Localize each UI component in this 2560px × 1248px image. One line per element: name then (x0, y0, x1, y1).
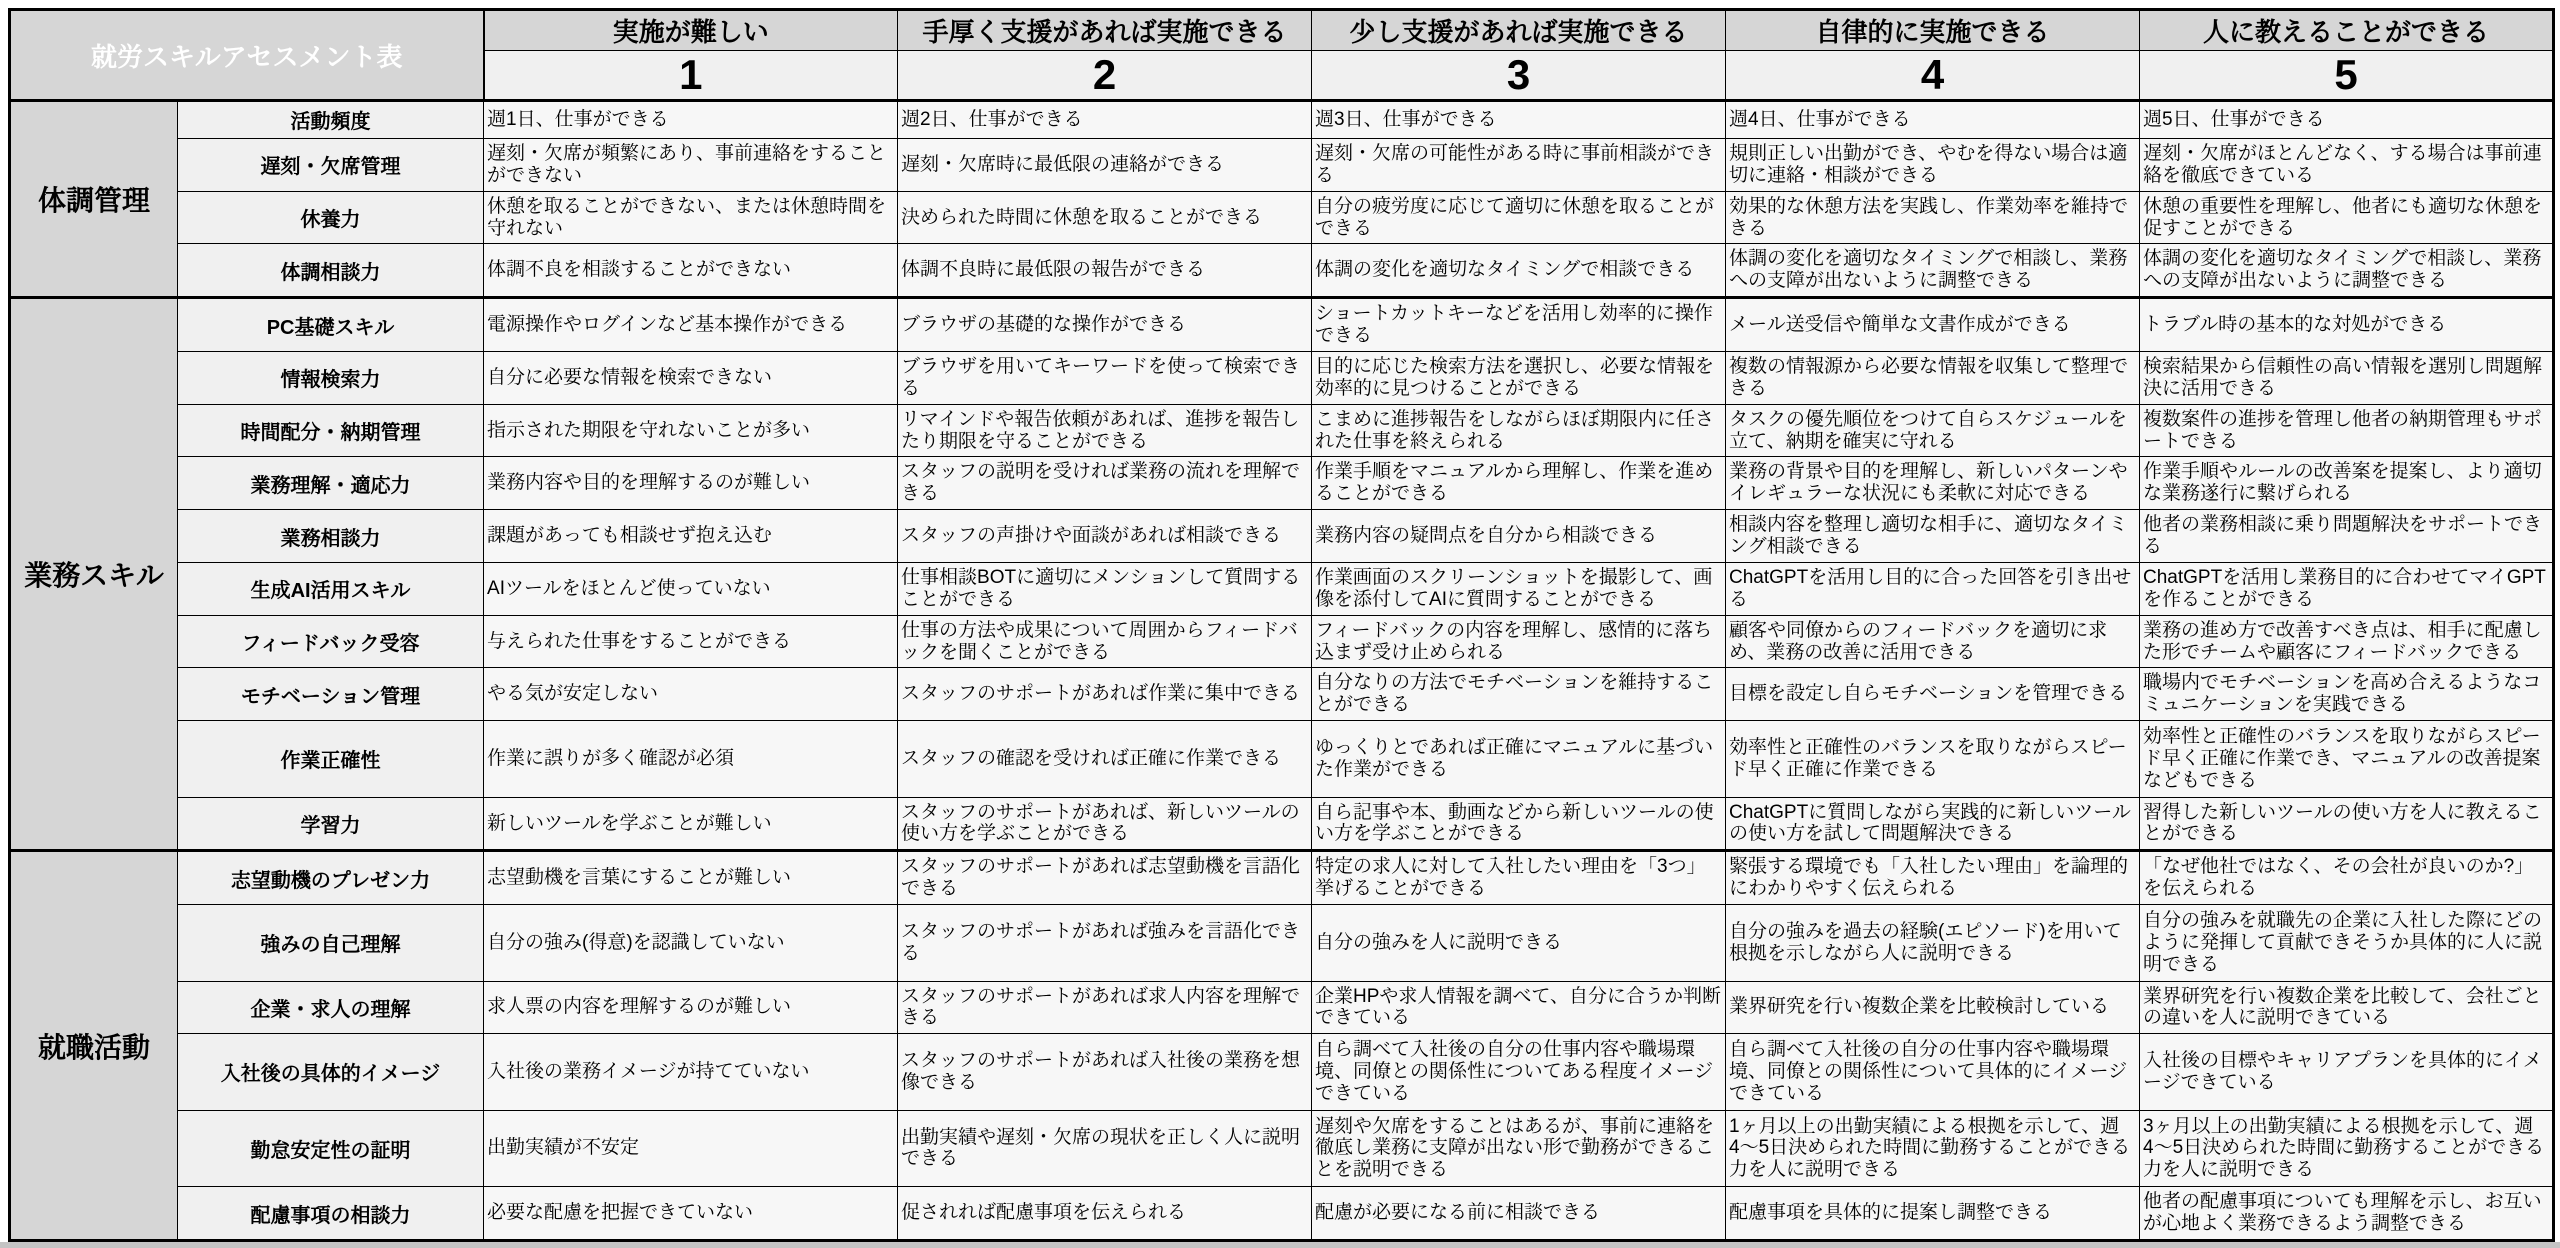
criterion-cell-level-4: 相談内容を整理し適切な相手に、適切なタイミング相談できる (1726, 510, 2140, 563)
criterion-cell-level-2: 仕事の方法や成果について周囲からフィードバックを聞くことができる (898, 615, 1312, 668)
criterion-cell-level-5: 複数案件の進捗を管理し他者の納期管理もサポートできる (2140, 404, 2554, 457)
criterion-cell-level-3: 目的に応じた検索方法を選択し、必要な情報を効率的に見つけることができる (1312, 352, 1726, 405)
criterion-cell-level-1: 与えられた仕事をすることができる (484, 615, 898, 668)
criterion-cell-level-2: 促されれば配慮事項を伝えられる (898, 1187, 1312, 1241)
criterion-cell-level-2: 仕事相談BOTに適切にメンションして質問することができる (898, 562, 1312, 615)
criterion-cell-level-4: 緊張する環境でも「入社したい理由」を論理的にわかりやすく伝えられる (1726, 851, 2140, 905)
criterion-cell-level-3: 週3日、仕事ができる (1312, 101, 1726, 139)
table-row: 学習力新しいツールを学ぶことが難しいスタッフのサポートがあれば、新しいツールの使… (10, 797, 2554, 851)
category-cell: 業務スキル (10, 298, 178, 851)
criterion-cell-level-3: こまめに進捗報告をしながらほぼ期限内に任された仕事を終えられる (1312, 404, 1726, 457)
assessment-table-body: 体調管理活動頻度週1日、仕事ができる週2日、仕事ができる週3日、仕事ができる週4… (10, 101, 2554, 1241)
criterion-cell-level-1: 出勤実績が不安定 (484, 1110, 898, 1186)
skill-name-cell: フィードバック受容 (178, 615, 484, 668)
skill-name-cell: 入社後の具体的イメージ (178, 1034, 484, 1110)
criterion-cell-level-2: ブラウザの基礎的な操作ができる (898, 298, 1312, 352)
criterion-cell-level-1: 作業に誤りが多く確認が必須 (484, 721, 898, 797)
skill-name-cell: 業務相談力 (178, 510, 484, 563)
criterion-cell-level-4: 顧客や同僚からのフィードバックを適切に求め、業務の改善に活用できる (1726, 615, 2140, 668)
criterion-cell-level-1: 志望動機を言葉にすることが難しい (484, 851, 898, 905)
criterion-cell-level-3: 配慮が必要になる前に相談できる (1312, 1187, 1726, 1241)
table-row: 配慮事項の相談力必要な配慮を把握できていない促されれば配慮事項を伝えられる配慮が… (10, 1187, 2554, 1241)
criterion-cell-level-3: 遅刻・欠席の可能性がある時に事前相談ができる (1312, 138, 1726, 191)
table-row: 業務スキルPC基礎スキル電源操作やログインなど基本操作ができるブラウザの基礎的な… (10, 298, 2554, 352)
criterion-cell-level-3: 自分なりの方法でモチベーションを維持することができる (1312, 668, 1726, 721)
criterion-cell-level-2: スタッフのサポートがあれば入社後の業務を想像できる (898, 1034, 1312, 1110)
criterion-cell-level-1: 求人票の内容を理解するのが難しい (484, 981, 898, 1034)
skill-name-cell: 企業・求人の理解 (178, 981, 484, 1034)
level-label-row: 就労スキルアセスメント表 実施が難しい 手厚く支援があれば実施できる 少し支援が… (10, 10, 2554, 51)
skill-name-cell: 情報検索力 (178, 352, 484, 405)
category-cell: 就職活動 (10, 851, 178, 1241)
criterion-cell-level-5: 「なぜ他社ではなく、その会社が良いのか?」を伝えられる (2140, 851, 2554, 905)
criterion-cell-level-3: 企業HPや求人情報を調べて、自分に合うか判断できている (1312, 981, 1726, 1034)
criterion-cell-level-2: スタッフのサポートがあれば、新しいツールの使い方を学ぶことができる (898, 797, 1312, 851)
assessment-table: 就労スキルアセスメント表 実施が難しい 手厚く支援があれば実施できる 少し支援が… (8, 8, 2555, 1242)
table-header: 就労スキルアセスメント表 実施が難しい 手厚く支援があれば実施できる 少し支援が… (10, 10, 2554, 101)
skill-name-cell: PC基礎スキル (178, 298, 484, 352)
criterion-cell-level-3: 業務内容の疑問点を自分から相談できる (1312, 510, 1726, 563)
criterion-cell-level-4: 規則正しい出勤ができ、やむを得ない場合は適切に連絡・相談ができる (1726, 138, 2140, 191)
table-row: 強みの自己理解自分の強み(得意)を認識していないスタッフのサポートがあれば強みを… (10, 905, 2554, 981)
criterion-cell-level-2: スタッフの確認を受ければ正確に作業できる (898, 721, 1312, 797)
skill-name-cell: 業務理解・適応力 (178, 457, 484, 510)
criterion-cell-level-5: 週5日、仕事ができる (2140, 101, 2554, 139)
criterion-cell-level-5: 習得した新しいツールの使い方を人に教えることができる (2140, 797, 2554, 851)
skill-name-cell: 時間配分・納期管理 (178, 404, 484, 457)
criterion-cell-level-2: スタッフのサポートがあれば志望動機を言語化できる (898, 851, 1312, 905)
skill-name-cell: 志望動機のプレゼン力 (178, 851, 484, 905)
level-number-2: 2 (898, 51, 1312, 101)
table-row: 休養力休憩を取ることができない、または休憩時間を守れない決められた時間に休憩を取… (10, 191, 2554, 244)
table-row: 体調管理活動頻度週1日、仕事ができる週2日、仕事ができる週3日、仕事ができる週4… (10, 101, 2554, 139)
criterion-cell-level-3: 体調の変化を適切なタイミングで相談できる (1312, 244, 1726, 298)
criterion-cell-level-3: 自ら調べて入社後の自分の仕事内容や職場環境、同僚との関係性についてある程度イメー… (1312, 1034, 1726, 1110)
criterion-cell-level-4: 配慮事項を具体的に提案し調整できる (1726, 1187, 2140, 1241)
criterion-cell-level-2: 週2日、仕事ができる (898, 101, 1312, 139)
criterion-cell-level-4: 体調の変化を適切なタイミングで相談し、業務への支障が出ないように調整できる (1726, 244, 2140, 298)
skill-name-cell: 活動頻度 (178, 101, 484, 139)
criterion-cell-level-3: 自分の疲労度に応じて適切に休憩を取ることができる (1312, 191, 1726, 244)
criterion-cell-level-2: スタッフの説明を受ければ業務の流れを理解できる (898, 457, 1312, 510)
skill-name-cell: 作業正確性 (178, 721, 484, 797)
criterion-cell-level-4: 目標を設定し自らモチベーションを管理できる (1726, 668, 2140, 721)
level-number-4: 4 (1726, 51, 2140, 101)
table-row: 勤怠安定性の証明出勤実績が不安定出勤実績や遅刻・欠席の現状を正しく人に説明できる… (10, 1110, 2554, 1186)
criterion-cell-level-5: 自分の強みを就職先の企業に入社した際にどのように発揮して貢献できそうか具体的に人… (2140, 905, 2554, 981)
criterion-cell-level-2: リマインドや報告依頼があれば、進捗を報告したり期限を守ることができる (898, 404, 1312, 457)
criterion-cell-level-4: 効率性と正確性のバランスを取りながらスピード早く正確に作業できる (1726, 721, 2140, 797)
skill-name-cell: 体調相談力 (178, 244, 484, 298)
criterion-cell-level-2: ブラウザを用いてキーワードを使って検索できる (898, 352, 1312, 405)
criterion-cell-level-3: 作業画面のスクリーンショットを撮影して、画像を添付してAIに質問することができる (1312, 562, 1726, 615)
criterion-cell-level-5: 入社後の目標やキャリアプランを具体的にイメージできている (2140, 1034, 2554, 1110)
table-row: 作業正確性作業に誤りが多く確認が必須スタッフの確認を受ければ正確に作業できるゆっ… (10, 721, 2554, 797)
criterion-cell-level-5: トラブル時の基本的な対処ができる (2140, 298, 2554, 352)
criterion-cell-level-1: 必要な配慮を把握できていない (484, 1187, 898, 1241)
criterion-cell-level-1: 遅刻・欠席が頻繁にあり、事前連絡をすることができない (484, 138, 898, 191)
criterion-cell-level-5: ChatGPTを活用し業務目的に合わせてマイGPTを作ることができる (2140, 562, 2554, 615)
criterion-cell-level-1: 自分に必要な情報を検索できない (484, 352, 898, 405)
criterion-cell-level-3: フィードバックの内容を理解し、感情的に落ち込まず受け止められる (1312, 615, 1726, 668)
criterion-cell-level-2: 出勤実績や遅刻・欠席の現状を正しく人に説明できる (898, 1110, 1312, 1186)
criterion-cell-level-2: 体調不良時に最低限の報告ができる (898, 244, 1312, 298)
criterion-cell-level-5: 職場内でモチベーションを高め合えるようなコミュニケーションを実践できる (2140, 668, 2554, 721)
page-title: 就労スキルアセスメント表 (10, 10, 484, 101)
category-cell: 体調管理 (10, 101, 178, 298)
criterion-cell-level-2: スタッフのサポートがあれば求人内容を理解できる (898, 981, 1312, 1034)
criterion-cell-level-4: 複数の情報源から必要な情報を収集して整理できる (1726, 352, 2140, 405)
level-label-2: 手厚く支援があれば実施できる (898, 10, 1312, 51)
criterion-cell-level-5: 3ヶ月以上の出勤実績による根拠を示して、週4〜5日決められた時間に勤務することが… (2140, 1110, 2554, 1186)
criterion-cell-level-1: 自分の強み(得意)を認識していない (484, 905, 898, 981)
level-label-3: 少し支援があれば実施できる (1312, 10, 1726, 51)
criterion-cell-level-3: 作業手順をマニュアルから理解し、作業を進めることができる (1312, 457, 1726, 510)
bottom-strip (0, 1242, 2560, 1248)
criterion-cell-level-5: 他者の業務相談に乗り問題解決をサポートできる (2140, 510, 2554, 563)
criterion-cell-level-2: スタッフのサポートがあれば作業に集中できる (898, 668, 1312, 721)
criterion-cell-level-4: 効果的な休憩方法を実践し、作業効率を維持できる (1726, 191, 2140, 244)
skill-name-cell: 勤怠安定性の証明 (178, 1110, 484, 1186)
skill-name-cell: 強みの自己理解 (178, 905, 484, 981)
criterion-cell-level-1: 指示された期限を守れないことが多い (484, 404, 898, 457)
criterion-cell-level-1: 体調不良を相談することができない (484, 244, 898, 298)
table-row: 入社後の具体的イメージ入社後の業務イメージが持てていないスタッフのサポートがあれ… (10, 1034, 2554, 1110)
criterion-cell-level-1: 課題があっても相談せず抱え込む (484, 510, 898, 563)
table-row: 業務相談力課題があっても相談せず抱え込むスタッフの声掛けや面談があれば相談できる… (10, 510, 2554, 563)
skill-name-cell: 生成AI活用スキル (178, 562, 484, 615)
table-row: フィードバック受容与えられた仕事をすることができる仕事の方法や成果について周囲か… (10, 615, 2554, 668)
table-row: 企業・求人の理解求人票の内容を理解するのが難しいスタッフのサポートがあれば求人内… (10, 981, 2554, 1034)
level-number-5: 5 (2140, 51, 2554, 101)
level-label-5: 人に教えることができる (2140, 10, 2554, 51)
criterion-cell-level-2: 決められた時間に休憩を取ることができる (898, 191, 1312, 244)
table-row: 業務理解・適応力業務内容や目的を理解するのが難しいスタッフの説明を受ければ業務の… (10, 457, 2554, 510)
criterion-cell-level-1: 入社後の業務イメージが持てていない (484, 1034, 898, 1110)
criterion-cell-level-4: 週4日、仕事ができる (1726, 101, 2140, 139)
level-number-3: 3 (1312, 51, 1726, 101)
criterion-cell-level-2: スタッフのサポートがあれば強みを言語化できる (898, 905, 1312, 981)
criterion-cell-level-5: 休憩の重要性を理解し、他者にも適切な休憩を促すことができる (2140, 191, 2554, 244)
criterion-cell-level-1: 週1日、仕事ができる (484, 101, 898, 139)
skill-name-cell: 遅刻・欠席管理 (178, 138, 484, 191)
table-row: 情報検索力自分に必要な情報を検索できないブラウザを用いてキーワードを使って検索で… (10, 352, 2554, 405)
criterion-cell-level-3: 遅刻や欠席をすることはあるが、事前に連絡を徹底し業務に支障が出ない形で勤務ができ… (1312, 1110, 1726, 1186)
skill-name-cell: 配慮事項の相談力 (178, 1187, 484, 1241)
table-row: 体調相談力体調不良を相談することができない体調不良時に最低限の報告ができる体調の… (10, 244, 2554, 298)
criterion-cell-level-5: 検索結果から信頼性の高い情報を選別し問題解決に活用できる (2140, 352, 2554, 405)
criterion-cell-level-5: 作業手順やルールの改善案を提案し、より適切な業務遂行に繋げられる (2140, 457, 2554, 510)
criterion-cell-level-4: タスクの優先順位をつけて自らスケジュールを立て、納期を確実に守れる (1726, 404, 2140, 457)
criterion-cell-level-3: ショートカットキーなどを活用し効率的に操作できる (1312, 298, 1726, 352)
criterion-cell-level-3: ゆっくりとであれば正確にマニュアルに基づいた作業ができる (1312, 721, 1726, 797)
skill-name-cell: 休養力 (178, 191, 484, 244)
criterion-cell-level-5: 他者の配慮事項についても理解を示し、お互いが心地よく業務できるよう調整できる (2140, 1187, 2554, 1241)
criterion-cell-level-1: 新しいツールを学ぶことが難しい (484, 797, 898, 851)
criterion-cell-level-1: AIツールをほとんど使っていない (484, 562, 898, 615)
criterion-cell-level-4: 業界研究を行い複数企業を比較検討している (1726, 981, 2140, 1034)
criterion-cell-level-5: 遅刻・欠席がほとんどなく、する場合は事前連絡を徹底できている (2140, 138, 2554, 191)
criterion-cell-level-5: 業務の進め方で改善すべき点は、相手に配慮した形でチームや顧客にフィードバックでき… (2140, 615, 2554, 668)
assessment-sheet: 就労スキルアセスメント表 実施が難しい 手厚く支援があれば実施できる 少し支援が… (0, 0, 2560, 1248)
criterion-cell-level-5: 体調の変化を適切なタイミングで相談し、業務への支障が出ないように調整できる (2140, 244, 2554, 298)
criterion-cell-level-5: 効率性と正確性のバランスを取りながらスピード早く正確に作業でき、マニュアルの改善… (2140, 721, 2554, 797)
criterion-cell-level-3: 自ら記事や本、動画などから新しいツールの使い方を学ぶことができる (1312, 797, 1726, 851)
level-label-4: 自律的に実施できる (1726, 10, 2140, 51)
table-row: 時間配分・納期管理指示された期限を守れないことが多いリマインドや報告依頼があれば… (10, 404, 2554, 457)
criterion-cell-level-1: 電源操作やログインなど基本操作ができる (484, 298, 898, 352)
table-row: 就職活動志望動機のプレゼン力志望動機を言葉にすることが難しいスタッフのサポートが… (10, 851, 2554, 905)
table-row: 生成AI活用スキルAIツールをほとんど使っていない仕事相談BOTに適切にメンショ… (10, 562, 2554, 615)
level-number-1: 1 (484, 51, 898, 101)
criterion-cell-level-2: 遅刻・欠席時に最低限の連絡ができる (898, 138, 1312, 191)
criterion-cell-level-5: 業界研究を行い複数企業を比較して、会社ごとの違いを人に説明できている (2140, 981, 2554, 1034)
criterion-cell-level-4: 自ら調べて入社後の自分の仕事内容や職場環境、同僚との関係性について具体的にイメー… (1726, 1034, 2140, 1110)
level-label-1: 実施が難しい (484, 10, 898, 51)
skill-name-cell: 学習力 (178, 797, 484, 851)
criterion-cell-level-4: 自分の強みを過去の経験(エピソード)を用いて根拠を示しながら人に説明できる (1726, 905, 2140, 981)
criterion-cell-level-3: 自分の強みを人に説明できる (1312, 905, 1726, 981)
skill-name-cell: モチベーション管理 (178, 668, 484, 721)
criterion-cell-level-1: やる気が安定しない (484, 668, 898, 721)
criterion-cell-level-3: 特定の求人に対して入社したい理由を「3つ」挙げることができる (1312, 851, 1726, 905)
criterion-cell-level-1: 業務内容や目的を理解するのが難しい (484, 457, 898, 510)
criterion-cell-level-4: ChatGPTを活用し目的に合った回答を引き出せる (1726, 562, 2140, 615)
criterion-cell-level-4: ChatGPTに質問しながら実践的に新しいツールの使い方を試して問題解決できる (1726, 797, 2140, 851)
criterion-cell-level-1: 休憩を取ることができない、または休憩時間を守れない (484, 191, 898, 244)
criterion-cell-level-2: スタッフの声掛けや面談があれば相談できる (898, 510, 1312, 563)
table-row: 遅刻・欠席管理遅刻・欠席が頻繁にあり、事前連絡をすることができない遅刻・欠席時に… (10, 138, 2554, 191)
criterion-cell-level-4: メール送受信や簡単な文書作成ができる (1726, 298, 2140, 352)
criterion-cell-level-4: 業務の背景や目的を理解し、新しいパターンやイレギュラーな状況にも柔軟に対応できる (1726, 457, 2140, 510)
table-row: モチベーション管理やる気が安定しないスタッフのサポートがあれば作業に集中できる自… (10, 668, 2554, 721)
criterion-cell-level-4: 1ヶ月以上の出勤実績による根拠を示して、週4〜5日決められた時間に勤務することが… (1726, 1110, 2140, 1186)
